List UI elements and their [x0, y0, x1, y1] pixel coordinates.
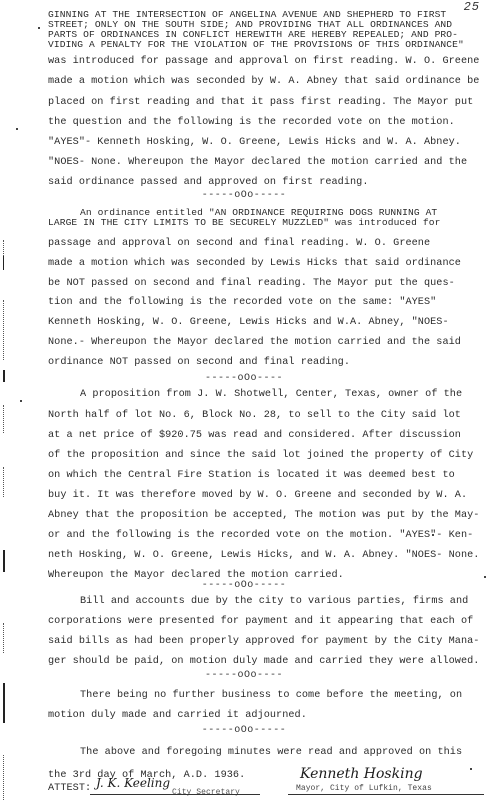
section-separator: -----oOo-----: [0, 580, 488, 591]
mayor-signature: Kenneth Hosking: [300, 766, 423, 782]
paragraph-line: ger should be paid, on motion duly made …: [48, 656, 479, 668]
paragraph-line: Abney that the proposition be accepted, …: [48, 510, 479, 522]
mayor-signature-line: [288, 794, 484, 795]
margin-mark: [3, 467, 5, 497]
paragraph-line: None.- Whereupon the Mayor declared the …: [48, 337, 461, 349]
paragraph-line: LARGE IN THE CITY LIMITS TO BE SECURELY …: [48, 218, 440, 228]
section-separator: -----oOo-----: [0, 190, 488, 201]
section-separator: -----oOo----: [0, 373, 488, 384]
paragraph-line: "NOES- None. Whereupon the Mayor declare…: [48, 157, 467, 169]
paragraph-line: Bill and accounts due by the city to var…: [80, 596, 468, 608]
scan-speck: [16, 128, 18, 130]
margin-mark: [3, 683, 5, 723]
scan-speck: [470, 768, 472, 770]
paragraph-line: the question and the following is the re…: [48, 117, 455, 129]
paragraph-line: A proposition from J. W. Shotwell, Cente…: [80, 389, 462, 401]
paragraph-line: neth Hosking, W. O. Greene, Lewis Hicks,…: [48, 550, 479, 562]
paragraph-line: tion and the following is the recorded v…: [48, 297, 436, 309]
paragraph-line: be NOT passed on second and final readin…: [48, 278, 455, 290]
scan-speck: [484, 576, 486, 578]
paragraph-line: "AYES"- Kenneth Hosking, W. O. Greene, L…: [48, 137, 461, 149]
paragraph-line: said bills as had been properly approved…: [48, 636, 479, 648]
margin-mark: [3, 755, 5, 800]
paragraph-line: There being no further business to come …: [80, 690, 462, 702]
section-separator: -----oOo----: [0, 670, 488, 681]
paragraph-line: on which the Central Fire Station is loc…: [48, 470, 455, 482]
section-separator: -----oOo-----: [0, 725, 488, 736]
paragraph-line: passage and approval on second and final…: [48, 238, 430, 250]
margin-mark: [3, 370, 5, 382]
paragraph-line: ordinance NOT passed on second and final…: [48, 357, 350, 369]
scan-speck: [20, 400, 22, 402]
attest-signature: J. K. Keeling: [96, 776, 170, 790]
scan-speck: [38, 27, 40, 29]
paragraph-line: buy it. It was therefore moved by W. O. …: [48, 490, 467, 502]
margin-mark: [3, 256, 4, 270]
paragraph-line: corporations were presented for payment …: [48, 616, 473, 628]
paragraph-line: or and the following is the recorded vot…: [48, 530, 473, 542]
margin-mark: [3, 300, 5, 360]
paragraph-line: made a motion which was seconded by Lewi…: [48, 258, 461, 270]
paragraph-line: of the proposition and since the said lo…: [48, 450, 473, 462]
margin-mark: [3, 550, 5, 572]
paragraph-line: was introduced for passage and approval …: [48, 56, 479, 68]
margin-mark: [3, 623, 5, 653]
attest-label: ATTEST:: [48, 783, 91, 795]
scan-speck: [432, 534, 434, 536]
margin-mark: [3, 405, 5, 433]
approval-statement: The above and foregoing minutes were rea…: [80, 747, 462, 759]
paragraph-line: made a motion which was seconded by W. A…: [48, 76, 479, 88]
paragraph-line: North half of lot No. 6, Block No. 28, t…: [48, 410, 461, 422]
paragraph-line: motion duly made and carried it adjourne…: [48, 710, 307, 722]
scanned-document-page: 25 GINNING AT THE INTERSECTION OF ANGELI…: [0, 0, 488, 800]
paragraph-line: at a net price of $920.75 was read and c…: [48, 430, 461, 442]
paragraph-line: placed on first reading and that it pass…: [48, 97, 473, 109]
paragraph-line: said ordinance passed and approved on fi…: [48, 177, 369, 189]
attest-signature-line: [90, 794, 260, 795]
paragraph-line: Kenneth Hosking, W. O. Greene, Lewis Hic…: [48, 317, 449, 329]
attest-title: City Secretary: [172, 787, 240, 799]
ordinance-title-line: VIDING A PENALTY FOR THE VIOLATION OF TH…: [48, 40, 464, 50]
page-number: 25: [464, 0, 480, 14]
